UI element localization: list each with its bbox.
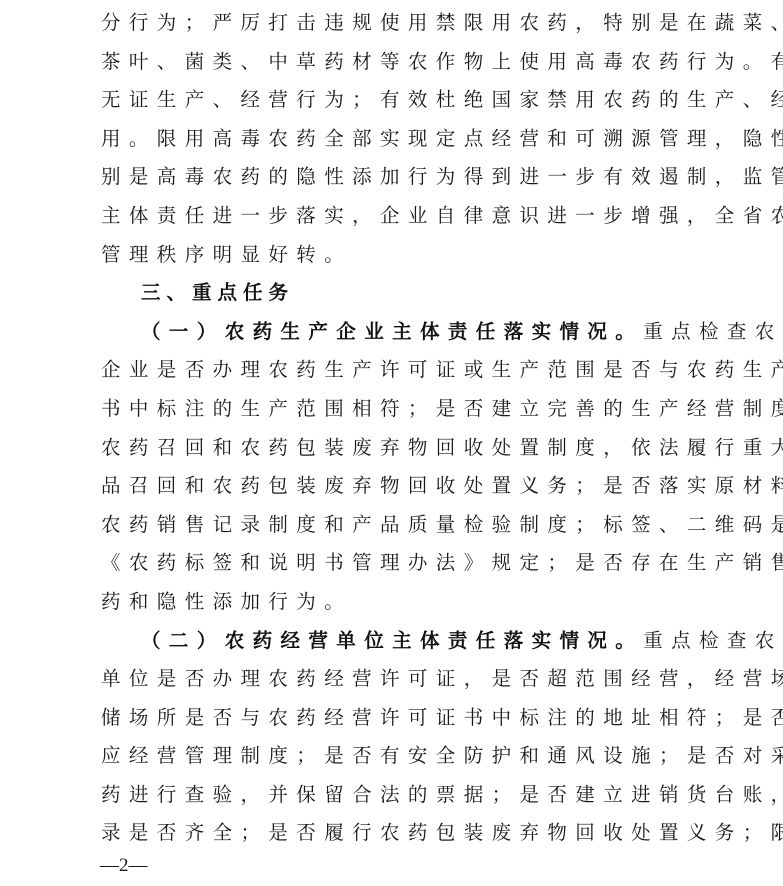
- text-line-first: （二）农药经营单位主体责任落实情况。重点检查农药经营: [101, 622, 689, 661]
- page-number: —2—: [100, 855, 148, 877]
- section-lead-rest: 重点检查农药生产: [643, 320, 783, 343]
- paragraph-section-1: （一）农药生产企业主体责任落实情况。重点检查农药生产 企业是否办理农药生产许可证…: [101, 313, 689, 622]
- section-lead-title: （一）农药生产企业主体责任落实情况。: [141, 320, 643, 343]
- paragraph-continuation: 分行为；严厉打击违规使用禁限用农药，特别是在蔬菜、瓜果、 茶叶、菌类、中草药材等…: [101, 4, 689, 274]
- section-lead-rest: 重点检查农药经营: [643, 629, 783, 652]
- text-line: 主体责任进一步落实，企业自律意识进一步增强，全省农药市场: [101, 197, 689, 236]
- text-line: 分行为；严厉打击违规使用禁限用农药，特别是在蔬菜、瓜果、: [101, 4, 689, 43]
- text-line: 储场所是否与农药经营许可证书中标注的地址相符；是否落实相: [101, 699, 689, 738]
- text-line: 品召回和农药包装废弃物回收处置义务；是否落实原材料进货、: [101, 467, 689, 506]
- text-line: 农药召回和农药包装废弃物回收处置制度，依法履行重大问题产: [101, 429, 689, 468]
- text-line-first: （一）农药生产企业主体责任落实情况。重点检查农药生产: [101, 313, 689, 352]
- section-lead-title: （二）农药经营单位主体责任落实情况。: [141, 629, 643, 652]
- text-line: 用。限用高毒农药全部实现定点经营和可溯源管理，隐性添加特: [101, 120, 689, 159]
- text-line: 书中标注的生产范围相符；是否建立完善的生产经营制度，建立: [101, 390, 689, 429]
- text-line: 无证生产、经营行为；有效杜绝国家禁用农药的生产、经营和使: [101, 81, 689, 120]
- section-heading: 三、重点任务: [101, 274, 689, 313]
- paragraph-section-2: （二）农药经营单位主体责任落实情况。重点检查农药经营 单位是否办理农药经营许可证…: [101, 622, 689, 854]
- text-line: 管理秩序明显好转。: [101, 236, 689, 275]
- text-line: 《农药标签和说明书管理办法》规定；是否存在生产销售假劣农: [101, 544, 689, 583]
- text-line: 药进行查验，并保留合法的票据；是否建立进销货台账，台账记: [101, 776, 689, 815]
- text-line: 录是否齐全；是否履行农药包装废弃物回收处置义务；限用农药: [101, 814, 689, 853]
- text-line: 单位是否办理农药经营许可证，是否超范围经营，经营场所与仓: [101, 660, 689, 699]
- text-line: 农药销售记录制度和产品质量检验制度；标签、二维码是否符合: [101, 506, 689, 545]
- text-line: 药和隐性添加行为。: [101, 583, 689, 622]
- text-line: 应经营管理制度；是否有安全防护和通风设施；是否对采购的农: [101, 737, 689, 776]
- text-line: 别是高毒农药的隐性添加行为得到进一步有效遏制，监管责任和: [101, 158, 689, 197]
- text-line: 茶叶、菌类、中草药材等农作物上使用高毒农药行为。有效杜绝: [101, 43, 689, 82]
- text-line: 企业是否办理农药生产许可证或生产范围是否与农药生产许可证: [101, 351, 689, 390]
- document-page: 分行为；严厉打击违规使用禁限用农药，特别是在蔬菜、瓜果、 茶叶、菌类、中草药材等…: [101, 4, 689, 853]
